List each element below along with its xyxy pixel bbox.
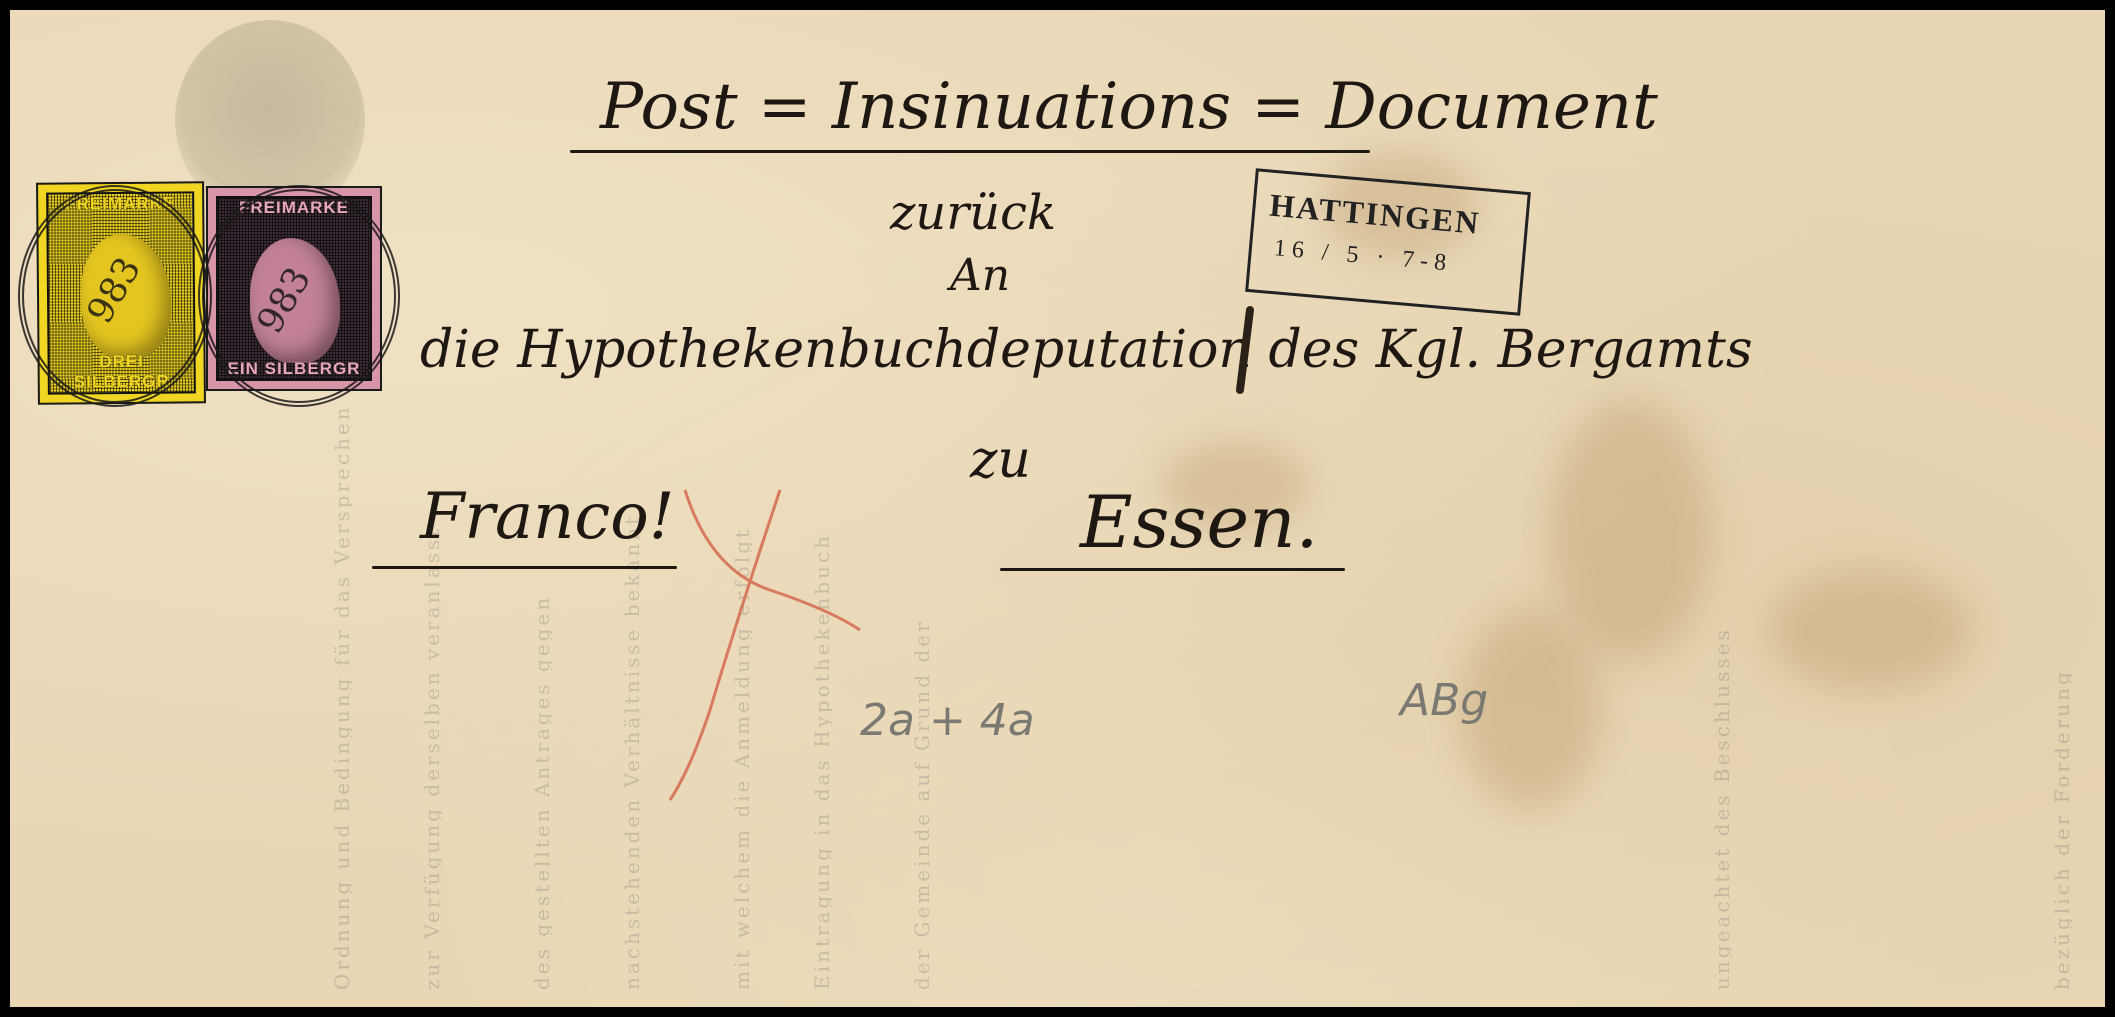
cover-paper: Ordnung und Bedingung für das Verspreche…: [10, 10, 2105, 1007]
red-crayon-cross: [10, 10, 2105, 1007]
